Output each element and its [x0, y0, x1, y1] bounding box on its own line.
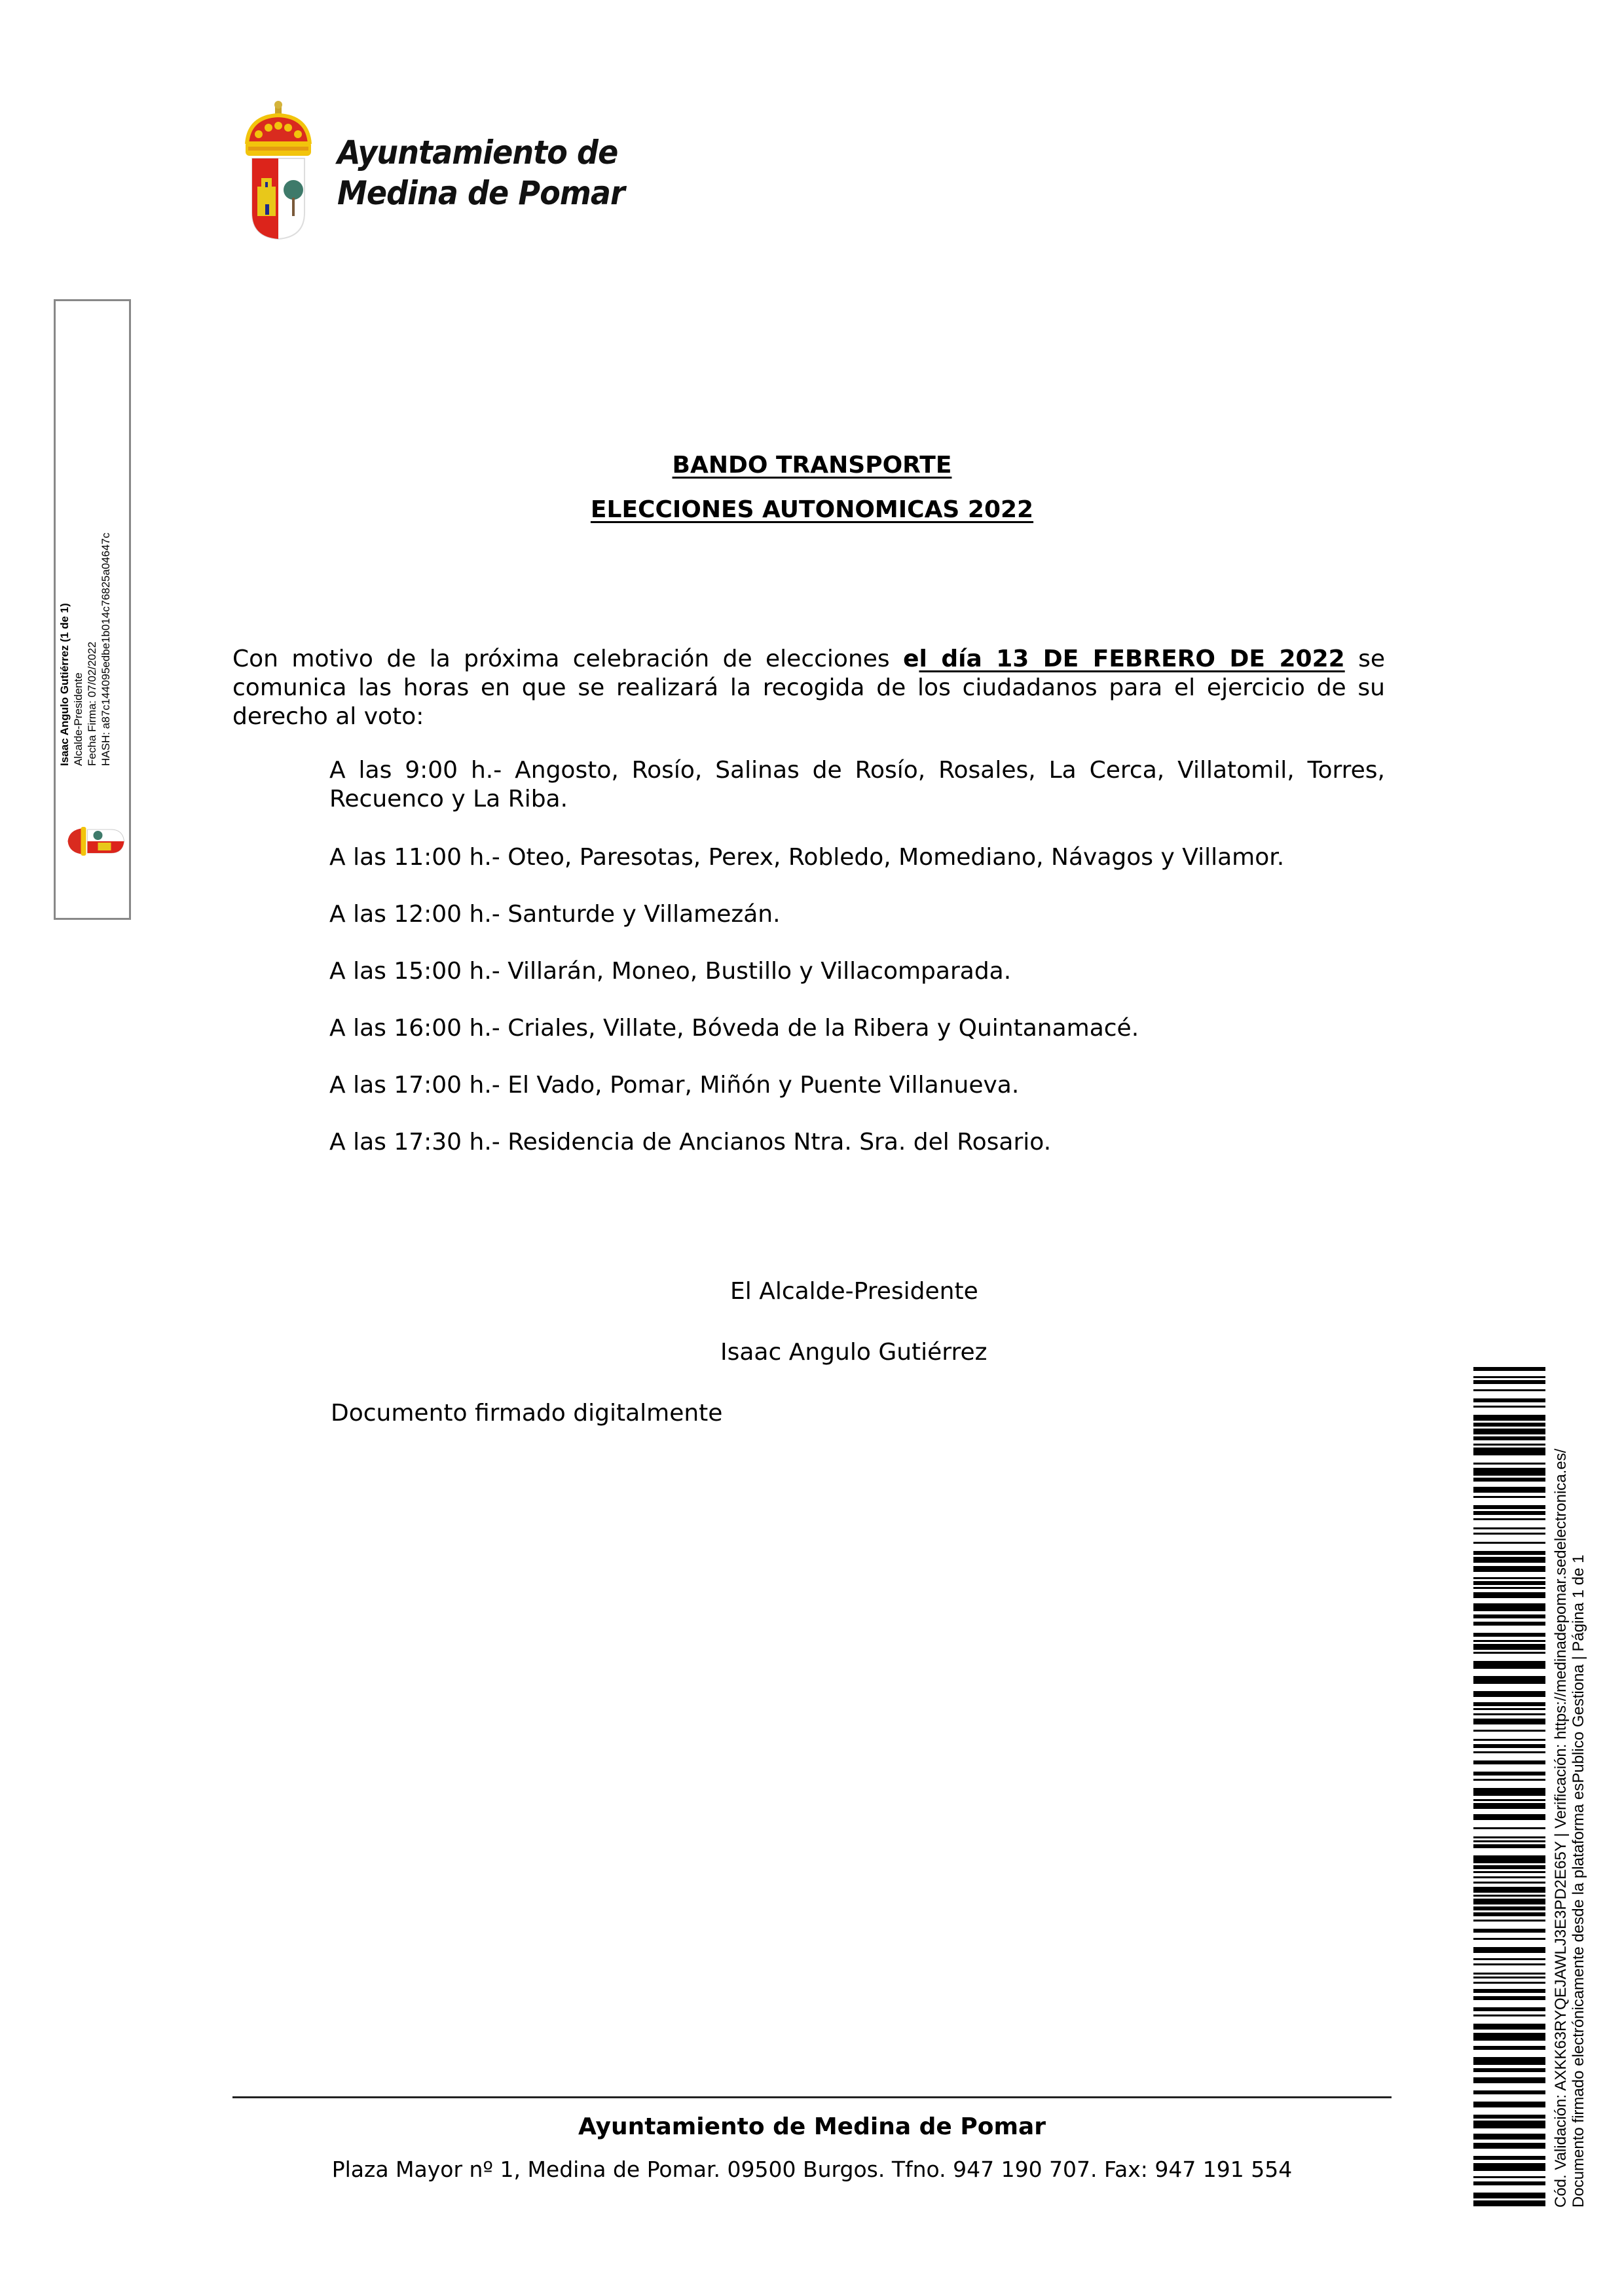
- intro-paragraph: Con motivo de la próxima celebración de …: [232, 645, 1385, 731]
- logo-line-1: Ayuntamiento de: [337, 132, 625, 173]
- schedule-item: A las 11:00 h.- Oteo, Paresotas, Perex, …: [329, 843, 1385, 872]
- digital-signature-note: Documento firmado digitalmente: [331, 1399, 722, 1428]
- coat-of-arms-icon: [232, 98, 324, 246]
- signoff-name: Isaac Angulo Gutiérrez: [720, 1338, 987, 1367]
- municipality-logo: Ayuntamiento de Medina de Pomar: [232, 98, 612, 246]
- intro-before: Con motivo de la próxima celebración de …: [232, 646, 903, 672]
- verification-text: Cód. Validación: AXKK63RYQEJAWLJ3E3PD2E6…: [1552, 1449, 1587, 2208]
- election-date-underlined: l día 13 DE FEBRERO DE 2022: [919, 646, 1345, 672]
- document-subtitle: ELECCIONES AUTONOMICAS 2022: [0, 496, 1624, 523]
- footer-address: Plaza Mayor nº 1, Medina de Pomar. 09500…: [0, 2157, 1624, 2182]
- signoff-role: El Alcalde-Presidente: [730, 1277, 978, 1306]
- verification-platform: Documento firmado electrónicamente desde…: [1570, 1449, 1587, 2208]
- coat-of-arms-icon: [64, 822, 126, 861]
- signer-name: Isaac Angulo Gutiérrez (1 de 1): [58, 533, 71, 766]
- signature-date: Fecha Firma: 07/02/2022: [85, 533, 99, 766]
- footer-organization: Ayuntamiento de Medina de Pomar: [0, 2113, 1624, 2140]
- signer-role: Alcalde-Presidente: [71, 533, 85, 766]
- election-date: el día 13 DE FEBRERO DE 2022: [903, 646, 1345, 672]
- verification-code: Cód. Validación: AXKK63RYQEJAWLJ3E3PD2E6…: [1552, 1449, 1570, 2208]
- schedule-item: A las 17:30 h.- Residencia de Ancianos N…: [329, 1128, 1385, 1157]
- election-date-prefix: e: [903, 646, 919, 672]
- schedule-item: A las 15:00 h.- Villarán, Moneo, Bustill…: [329, 957, 1385, 986]
- logo-text: Ayuntamiento de Medina de Pomar: [337, 132, 650, 213]
- schedule-item: A las 17:00 h.- El Vado, Pomar, Miñón y …: [329, 1071, 1385, 1100]
- barcode-icon: [1473, 1367, 1545, 2208]
- logo-line-2: Medina de Pomar: [337, 173, 625, 213]
- schedule-item: A las 9:00 h.- Angosto, Rosío, Salinas d…: [329, 756, 1385, 814]
- schedule-item: A las 16:00 h.- Criales, Villate, Bóveda…: [329, 1014, 1385, 1043]
- document-title: BANDO TRANSPORTE: [0, 452, 1624, 479]
- signature-stamp-text: Isaac Angulo Gutiérrez (1 de 1) Alcalde-…: [58, 533, 113, 766]
- schedule-item: A las 12:00 h.- Santurde y Villamezán.: [329, 900, 1385, 929]
- footer-divider: [232, 2096, 1392, 2098]
- signature-hash: HASH: a87c144095edbe1b014c76825a04647c: [99, 533, 113, 766]
